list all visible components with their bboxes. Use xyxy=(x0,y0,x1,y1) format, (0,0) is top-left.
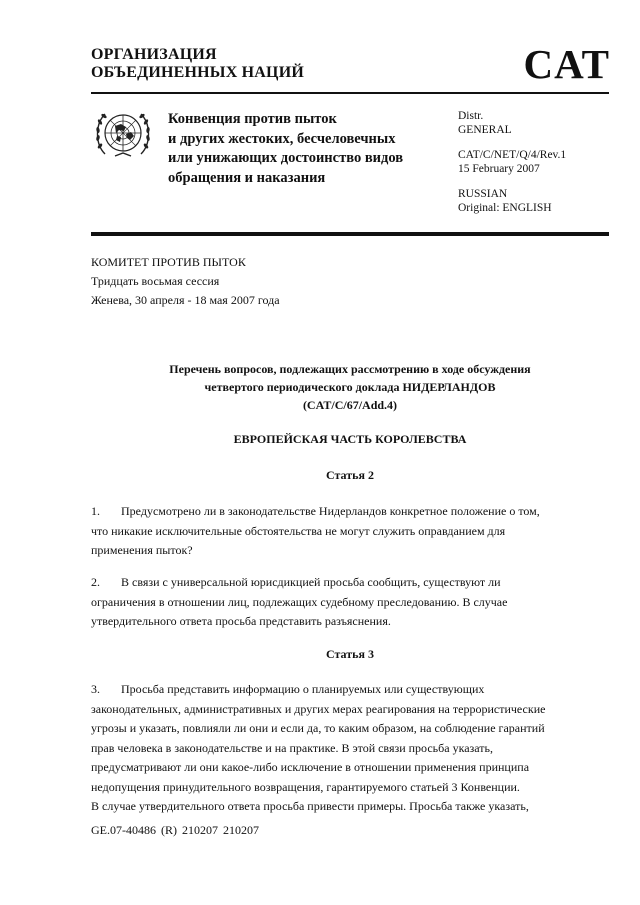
section-heading: Статья 3 xyxy=(91,646,609,662)
distribution-label: Distr. xyxy=(458,109,566,123)
convention-title-line: или унижающих достоинство видов xyxy=(168,149,403,169)
paragraph-1: 1.Предусмотрено ли в законодательстве Ни… xyxy=(91,502,621,561)
document-symbol: CAT/C/NET/Q/4/Rev.1 xyxy=(458,148,566,162)
document-title-line: Перечень вопросов, подлежащих рассмотрен… xyxy=(91,360,609,378)
convention-title-line: Конвенция против пыток xyxy=(168,110,403,130)
document-title-line: четвертого периодического доклада НИДЕРЛ… xyxy=(91,378,609,396)
paragraph-line: применения пыток? xyxy=(91,541,621,561)
paragraph-2: 2.В связи с универсальной юрисдикцией пр… xyxy=(91,573,621,632)
organization-name-line-1: ОРГАНИЗАЦИЯ xyxy=(91,46,304,64)
paragraph-line: В связи с универсальной юрисдикцией прос… xyxy=(121,575,501,589)
part-heading: ЕВРОПЕЙСКАЯ ЧАСТЬ КОРОЛЕВСТВА xyxy=(91,431,609,447)
paragraph-line: предусматривают ли они какое-либо исключ… xyxy=(91,758,621,778)
committee-place-dates: Женева, 30 апреля - 18 мая 2007 года xyxy=(91,291,280,310)
paragraph-number: 2. xyxy=(91,573,121,593)
committee-name: КОМИТЕТ ПРОТИВ ПЫТОК xyxy=(91,253,280,272)
distribution-value: GENERAL xyxy=(458,123,566,137)
original-language: Original: ENGLISH xyxy=(458,201,566,215)
section-heading: Статья 2 xyxy=(91,467,609,483)
organization-name-line-2: ОБЪЕДИНЕННЫХ НАЦИЙ xyxy=(91,64,304,82)
convention-title-line: и других жестоких, бесчеловечных xyxy=(168,130,403,150)
paragraph-line: утвердительного ответа просьба представи… xyxy=(91,612,621,632)
organization-name: ОРГАНИЗАЦИЯ ОБЪЕДИНЕННЫХ НАЦИЙ xyxy=(91,46,304,82)
distribution-block: Distr. GENERAL CAT/C/NET/Q/4/Rev.1 15 Fe… xyxy=(458,109,566,215)
paragraph-number: 1. xyxy=(91,502,121,522)
paragraph-line: Предусмотрено ли в законодательстве Ниде… xyxy=(121,504,540,518)
paragraph-line: В случае утвердительного ответа просьба … xyxy=(91,797,621,817)
paragraph-line: угрозы и указать, повлияли ли они и если… xyxy=(91,719,621,739)
document-series-symbol: CAT xyxy=(523,42,610,86)
paragraph-line: ограничения в отношении лиц, подлежащих … xyxy=(91,593,621,613)
document-language: RUSSIAN xyxy=(458,187,566,201)
un-emblem-icon xyxy=(93,106,153,162)
convention-title-line: обращения и наказания xyxy=(168,169,403,189)
paragraph-number: 3. xyxy=(91,680,121,700)
document-page: ОРГАНИЗАЦИЯ ОБЪЕДИНЕННЫХ НАЦИЙ CAT xyxy=(0,0,640,905)
paragraph-line: что никакие исключительные обстоятельств… xyxy=(91,522,621,542)
document-title: Перечень вопросов, подлежащих рассмотрен… xyxy=(91,360,609,414)
paragraph-line: прав человека в законодательстве и на пр… xyxy=(91,739,621,759)
paragraph-line: Просьба представить информацию о планиру… xyxy=(121,682,484,696)
paragraph-3: 3.Просьба представить информацию о плани… xyxy=(91,680,621,817)
paragraph-line: недопущения принудительного возвращения,… xyxy=(91,778,621,798)
footer-job-code: GE.07-40486 (R) 210207 210207 xyxy=(91,822,259,838)
paragraph-line: законодательных, административных и друг… xyxy=(91,700,621,720)
convention-title: Конвенция против пыток и других жестоких… xyxy=(168,110,403,188)
document-date: 15 February 2007 xyxy=(458,162,566,176)
document-title-line: (CAT/C/67/Add.4) xyxy=(91,396,609,414)
committee-session: Тридцать восьмая сессия xyxy=(91,272,280,291)
header-divider-thick xyxy=(91,232,609,236)
header-divider-thin xyxy=(91,92,609,94)
committee-info: КОМИТЕТ ПРОТИВ ПЫТОК Тридцать восьмая се… xyxy=(91,253,280,310)
